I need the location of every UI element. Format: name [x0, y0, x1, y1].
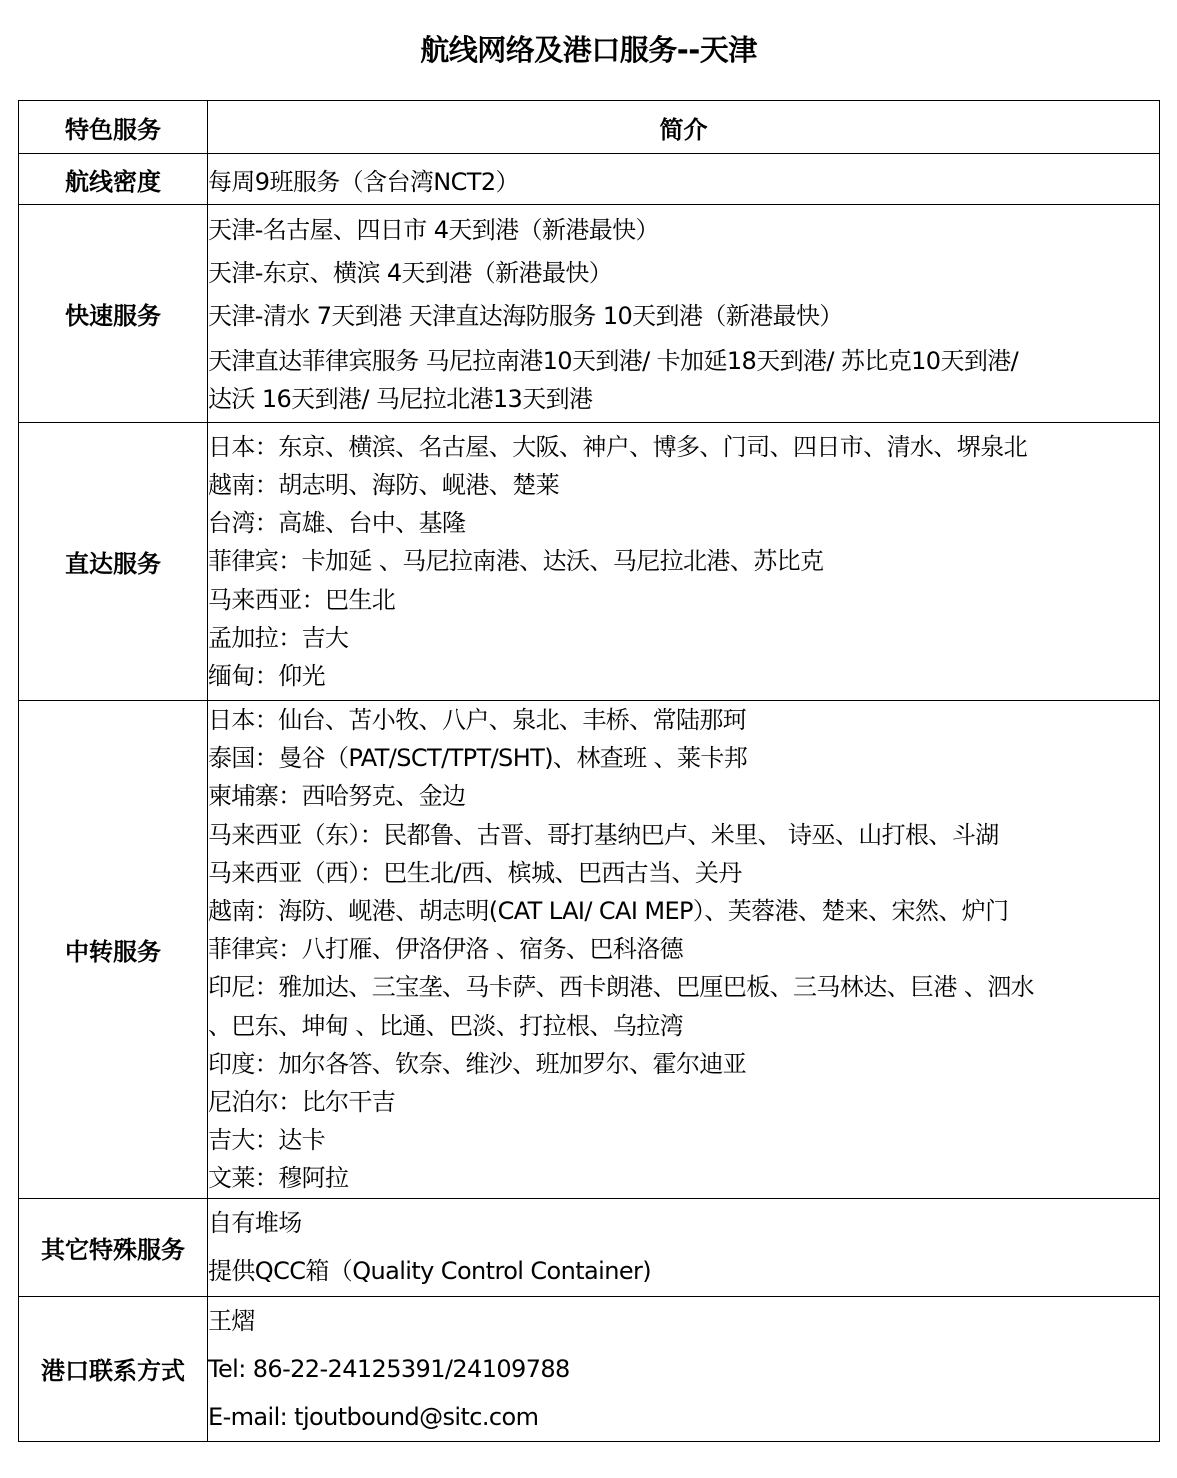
content-line: 印尼：雅加达、三宝垄、马卡萨、西卡朗港、巴厘巴板、三马林达、巨港 、泗水 — [208, 968, 1159, 1006]
content-line: 马来西亚：巴生北 — [208, 581, 1159, 619]
header-description: 简介 — [208, 101, 1160, 154]
row-label: 港口联系方式 — [19, 1296, 208, 1441]
content-line: 马来西亚（东）：民都鲁、古晋、哥打基纳巴卢、米里、 诗巫、山打根、斗湖 — [208, 816, 1159, 854]
services-table: 特色服务 简介 航线密度 每周9班服务（含台湾NCT2） 快速服务 天津-名古屋… — [18, 100, 1160, 1442]
row-content: 天津-名古屋、四日市 4天到港（新港最快） 天津-东京、横滨 4天到港（新港最快… — [208, 205, 1160, 423]
contact-email: E-mail: tjoutbound@sitc.com — [208, 1393, 1159, 1441]
row-label: 快速服务 — [19, 205, 208, 423]
table-row-contact: 港口联系方式 王熠 Tel: 86-22-24125391/24109788 E… — [19, 1296, 1160, 1441]
row-label: 其它特殊服务 — [19, 1198, 208, 1296]
table-row-direct: 直达服务 日本：东京、横滨、名古屋、大阪、神户、博多、门司、四日市、清水、堺泉北… — [19, 423, 1160, 701]
content-line: 天津直达菲律宾服务 马尼拉南港10天到港/ 卡加延18天到港/ 苏比克10天到港… — [208, 338, 1159, 380]
row-content: 日本：仙台、苫小牧、八户、泉北、丰桥、常陆那珂 泰国：曼谷（PAT/SCT/TP… — [208, 701, 1160, 1199]
table-row-transfer: 中转服务 日本：仙台、苫小牧、八户、泉北、丰桥、常陆那珂 泰国：曼谷（PAT/S… — [19, 701, 1160, 1199]
content-line: 达沃 16天到港/ 马尼拉北港13天到港 — [208, 380, 1159, 418]
content-line: 台湾：高雄、台中、基隆 — [208, 504, 1159, 542]
content-line: 自有堆场 — [208, 1199, 1159, 1247]
row-content: 自有堆场 提供QCC箱（Quality Control Container) — [208, 1198, 1160, 1296]
content-line: 菲律宾：卡加延 、马尼拉南港、达沃、马尼拉北港、苏比克 — [208, 542, 1159, 580]
page-title: 航线网络及港口服务--天津 — [0, 28, 1177, 69]
content-line: 文莱：穆阿拉 — [208, 1159, 1159, 1197]
content-line: 缅甸：仰光 — [208, 657, 1159, 695]
contact-phone: Tel: 86-22-24125391/24109788 — [208, 1345, 1159, 1393]
content-line: 越南：胡志明、海防、岘港、楚莱 — [208, 466, 1159, 504]
content-line: 天津-清水 7天到港 天津直达海防服务 10天到港（新港最快） — [208, 295, 1159, 338]
content-line: 、巴东、坤甸 、比通、巴淡、打拉根、乌拉湾 — [208, 1007, 1159, 1045]
content-line: 每周9班服务（含台湾NCT2） — [208, 162, 1159, 197]
content-line: 泰国：曼谷（PAT/SCT/TPT/SHT)、林查班 、莱卡邦 — [208, 739, 1159, 777]
row-content: 每周9班服务（含台湾NCT2） — [208, 154, 1160, 205]
content-line: 孟加拉：吉大 — [208, 619, 1159, 657]
content-line: 印度：加尔各答、钦奈、维沙、班加罗尔、霍尔迪亚 — [208, 1045, 1159, 1083]
table-row-express: 快速服务 天津-名古屋、四日市 4天到港（新港最快） 天津-东京、横滨 4天到港… — [19, 205, 1160, 423]
content-line: 马来西亚（西）：巴生北/西、槟城、巴西古当、关丹 — [208, 854, 1159, 892]
table-row-density: 航线密度 每周9班服务（含台湾NCT2） — [19, 154, 1160, 205]
content-line: 尼泊尔：比尔干吉 — [208, 1083, 1159, 1121]
content-line: 提供QCC箱（Quality Control Container) — [208, 1247, 1159, 1295]
content-line: 天津-东京、横滨 4天到港（新港最快） — [208, 252, 1159, 295]
content-line: 天津-名古屋、四日市 4天到港（新港最快） — [208, 209, 1159, 252]
content-line: 菲律宾：八打雁、伊洛伊洛 、宿务、巴科洛德 — [208, 930, 1159, 968]
table-row-other: 其它特殊服务 自有堆场 提供QCC箱（Quality Control Conta… — [19, 1198, 1160, 1296]
row-content: 王熠 Tel: 86-22-24125391/24109788 E-mail: … — [208, 1296, 1160, 1441]
content-line: 柬埔寨：西哈努克、金边 — [208, 777, 1159, 815]
content-line: 日本：仙台、苫小牧、八户、泉北、丰桥、常陆那珂 — [208, 701, 1159, 739]
header-feature: 特色服务 — [19, 101, 208, 154]
row-label: 直达服务 — [19, 423, 208, 701]
content-line: 日本：东京、横滨、名古屋、大阪、神户、博多、门司、四日市、清水、堺泉北 — [208, 428, 1159, 466]
content-line: 越南：海防、岘港、胡志明(CAT LAI/ CAI MEP）、芙蓉港、楚来、宋然… — [208, 892, 1159, 930]
table-header-row: 特色服务 简介 — [19, 101, 1160, 154]
row-label: 中转服务 — [19, 701, 208, 1199]
row-label: 航线密度 — [19, 154, 208, 205]
row-content: 日本：东京、横滨、名古屋、大阪、神户、博多、门司、四日市、清水、堺泉北 越南：胡… — [208, 423, 1160, 701]
contact-name: 王熠 — [208, 1297, 1159, 1345]
content-line: 吉大：达卡 — [208, 1121, 1159, 1159]
